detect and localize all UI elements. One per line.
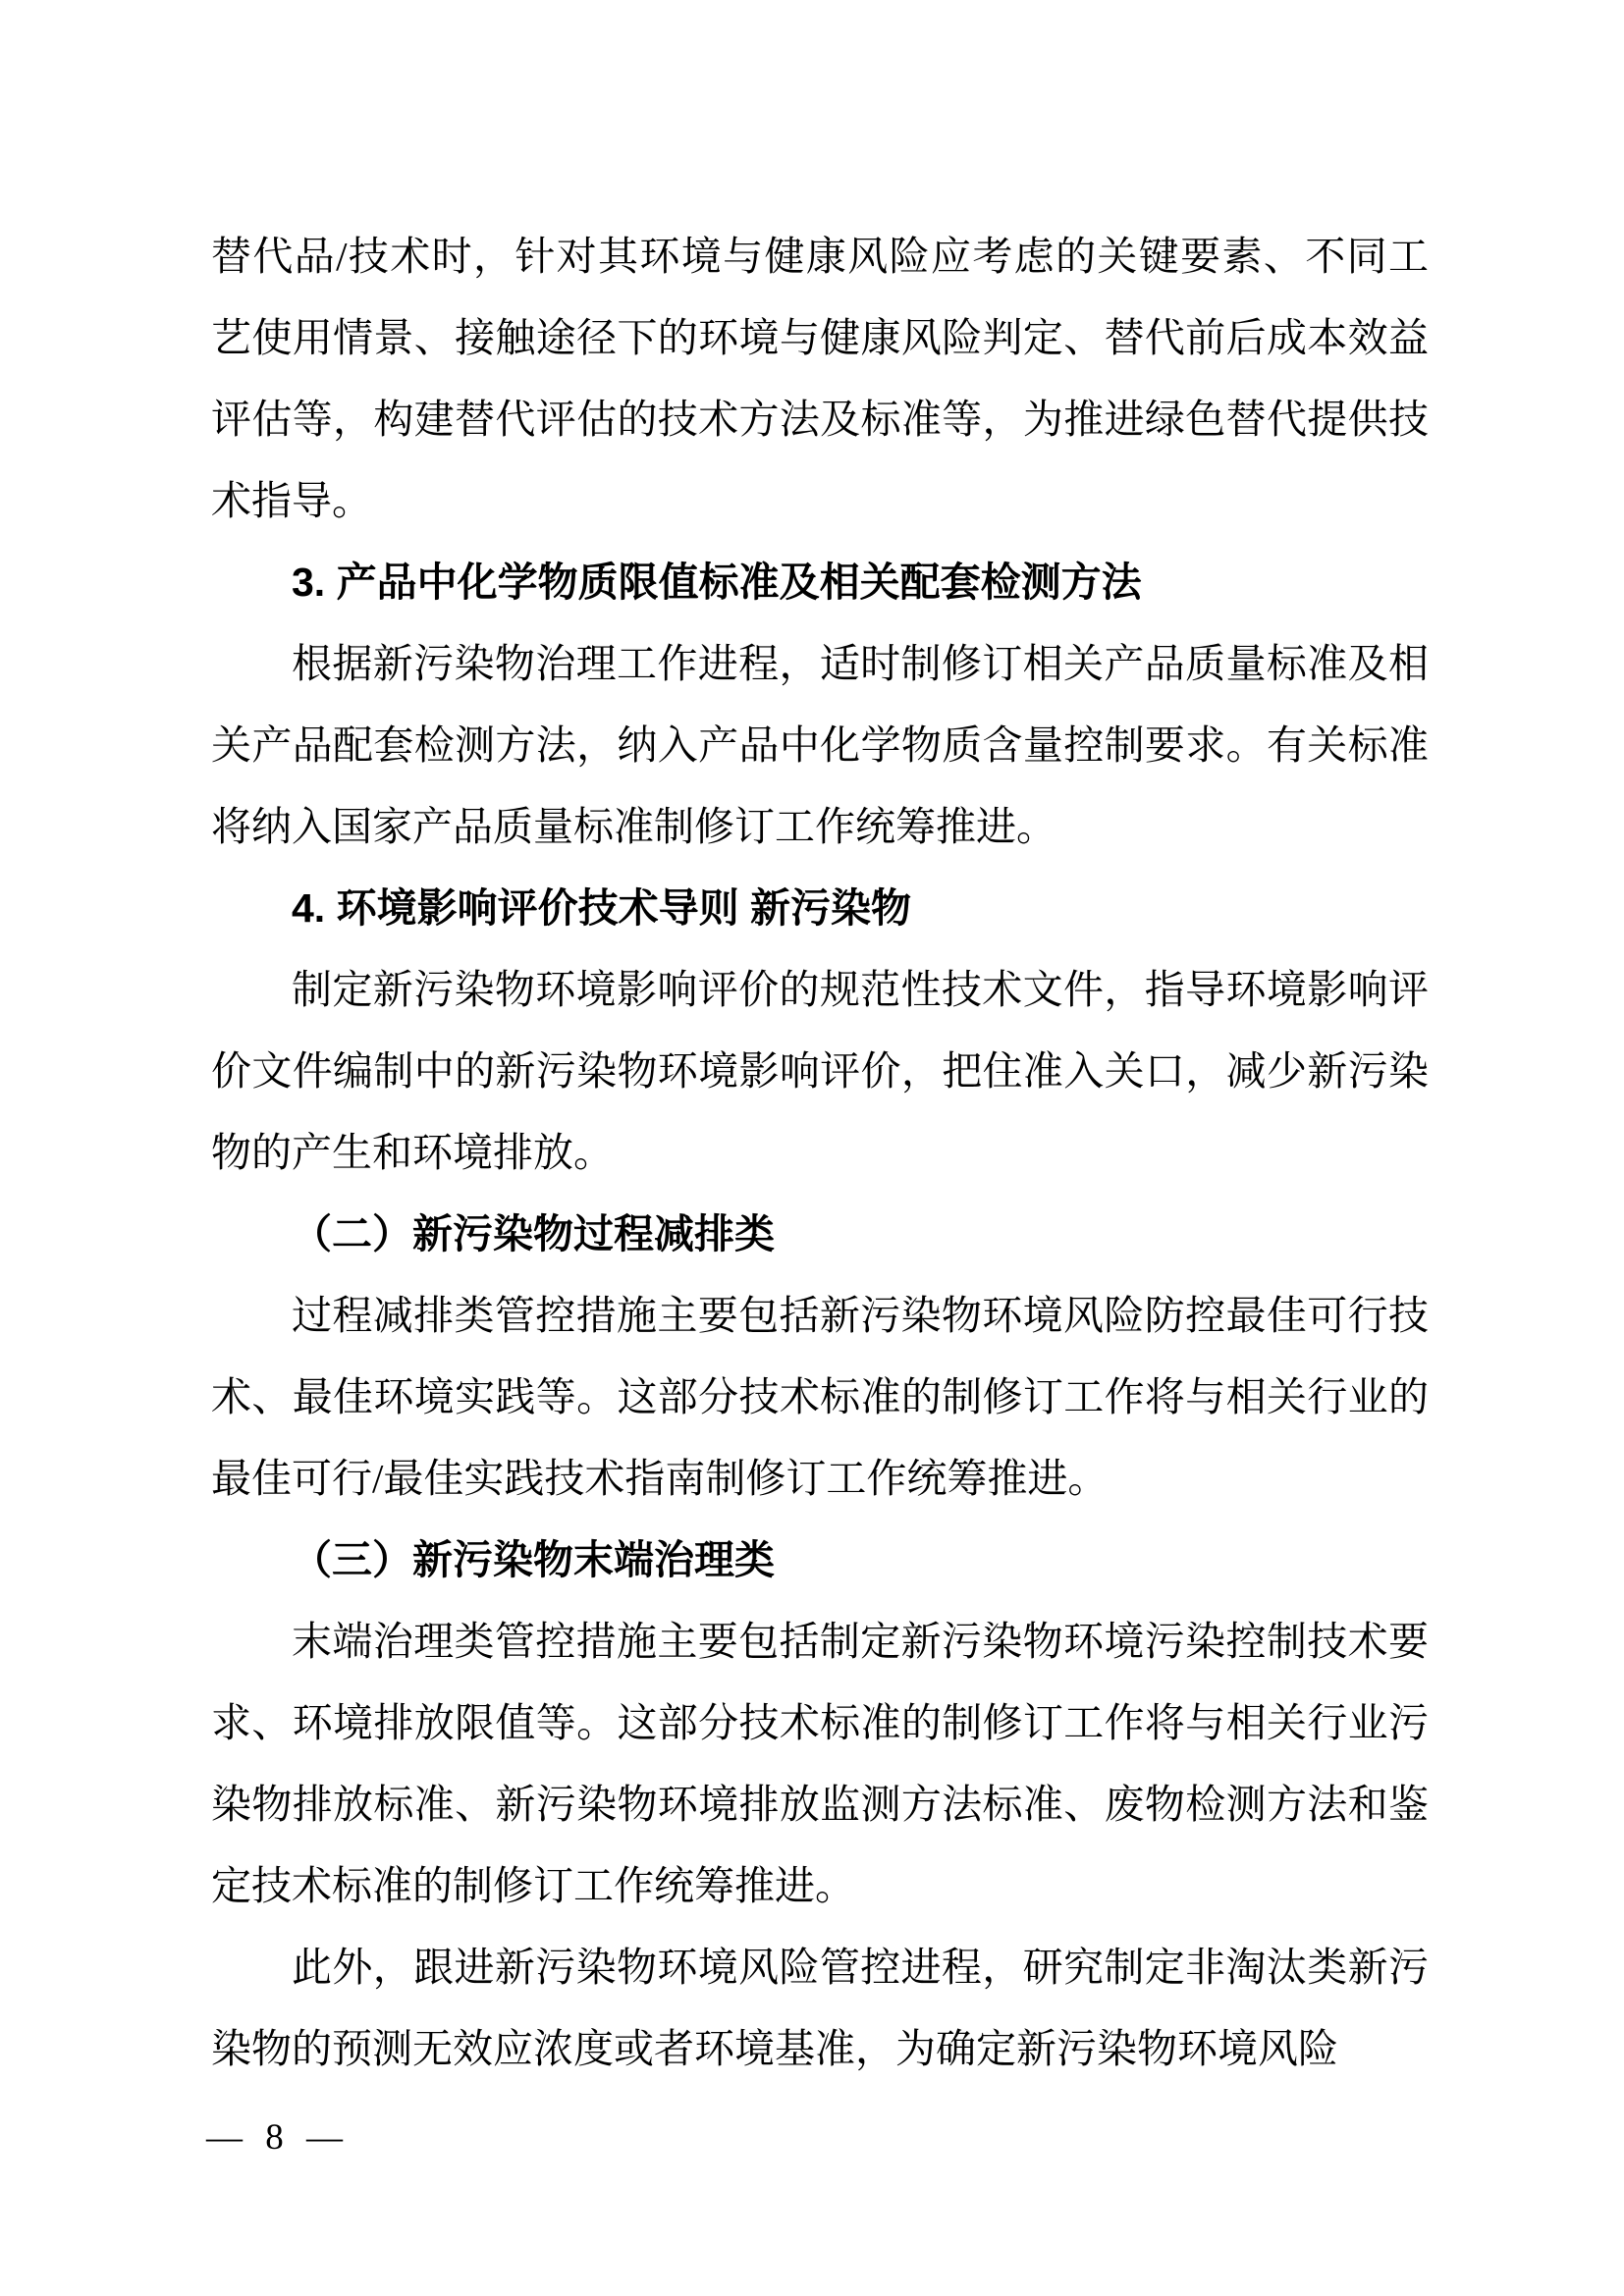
heading-product-chemical-limit-standards: 3. 产品中化学物质限值标准及相关配套检测方法 — [211, 542, 1429, 623]
page-number: — 8 — — [206, 2109, 343, 2167]
paragraph-product-standards: 根据新污染物治理工作进程，适时制修订相关产品质量标准及相关产品配套检测方法，纳入… — [211, 623, 1429, 868]
paragraph-end-of-pipe-treatment: 末端治理类管控措施主要包括制定新污染物环境污染控制技术要求、环境排放限值等。这部… — [211, 1601, 1429, 1927]
paragraph-process-emission-reduction: 过程减排类管控措施主要包括新污染物环境风险防控最佳可行技术、最佳环境实践等。这部… — [211, 1275, 1429, 1520]
document-page: 替代品/技术时，针对其环境与健康风险应考虑的关键要素、不同工艺使用情景、接触途径… — [0, 0, 1624, 2296]
document-body: 替代品/技术时，针对其环境与健康风险应考虑的关键要素、不同工艺使用情景、接触途径… — [211, 216, 1429, 2090]
heading-eia-technical-guideline: 4. 环境影响评价技术导则 新污染物 — [211, 868, 1429, 949]
paragraph-eia-guideline: 制定新污染物环境影响评价的规范性技术文件，指导环境影响评价文件编制中的新污染物环… — [211, 949, 1429, 1194]
heading-end-of-pipe-treatment: （三）新污染物末端治理类 — [211, 1520, 1429, 1601]
heading-process-emission-reduction: （二）新污染物过程减排类 — [211, 1194, 1429, 1275]
paragraph-continued-from-previous-page: 替代品/技术时，针对其环境与健康风险应考虑的关键要素、不同工艺使用情景、接触途径… — [211, 216, 1429, 542]
paragraph-additional-research: 此外，跟进新污染物环境风险管控进程，研究制定非淘汰类新污染物的预测无效应浓度或者… — [211, 1927, 1429, 2090]
